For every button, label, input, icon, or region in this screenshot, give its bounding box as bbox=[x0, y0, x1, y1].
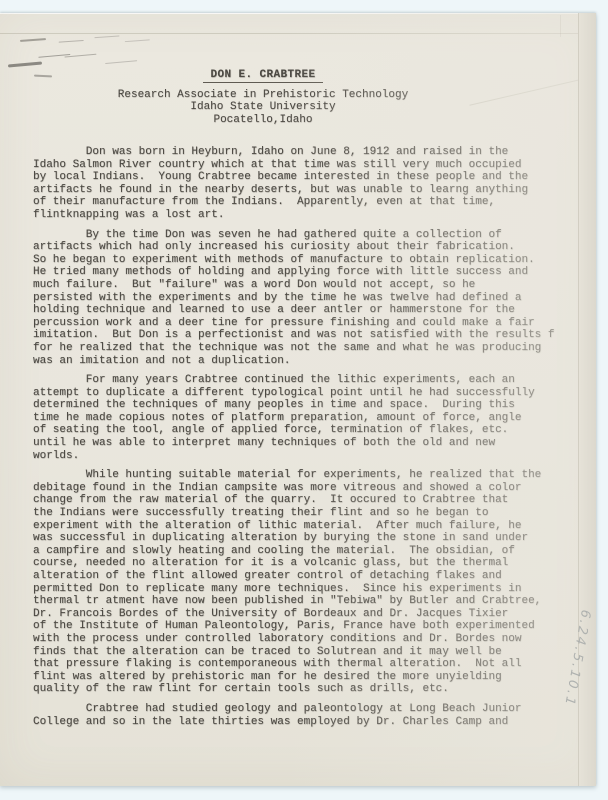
paragraph-2: By the time Don was seven he had gathere… bbox=[33, 229, 581, 368]
affiliation-location: Pocatello,Idaho bbox=[33, 114, 493, 126]
affiliation-institution: Idaho State University bbox=[33, 101, 493, 113]
scanner-background: DON E. CRABTREE Research Associate in Pr… bbox=[0, 0, 608, 800]
affiliation-block: Research Associate in Prehistoric Techno… bbox=[33, 89, 493, 126]
document-title: DON E. CRABTREE bbox=[203, 69, 322, 83]
paragraph-1: Don was born in Heyburn, Idaho on June 8… bbox=[33, 146, 581, 222]
paragraph-5: Crabtree had studied geology and paleont… bbox=[33, 703, 581, 728]
document-body: Don was born in Heyburn, Idaho on June 8… bbox=[33, 146, 581, 728]
paragraph-3: For many years Crabtree continued the li… bbox=[33, 374, 581, 462]
affiliation-role: Research Associate in Prehistoric Techno… bbox=[33, 89, 493, 101]
document-header: DON E. CRABTREE Research Associate in Pr… bbox=[33, 64, 493, 126]
fold-crease-corner-vertical bbox=[560, 15, 561, 37]
smudge-mark bbox=[20, 38, 46, 42]
paragraph-4: While hunting suitable material for expe… bbox=[33, 469, 581, 696]
document-page: DON E. CRABTREE Research Associate in Pr… bbox=[0, 13, 596, 786]
